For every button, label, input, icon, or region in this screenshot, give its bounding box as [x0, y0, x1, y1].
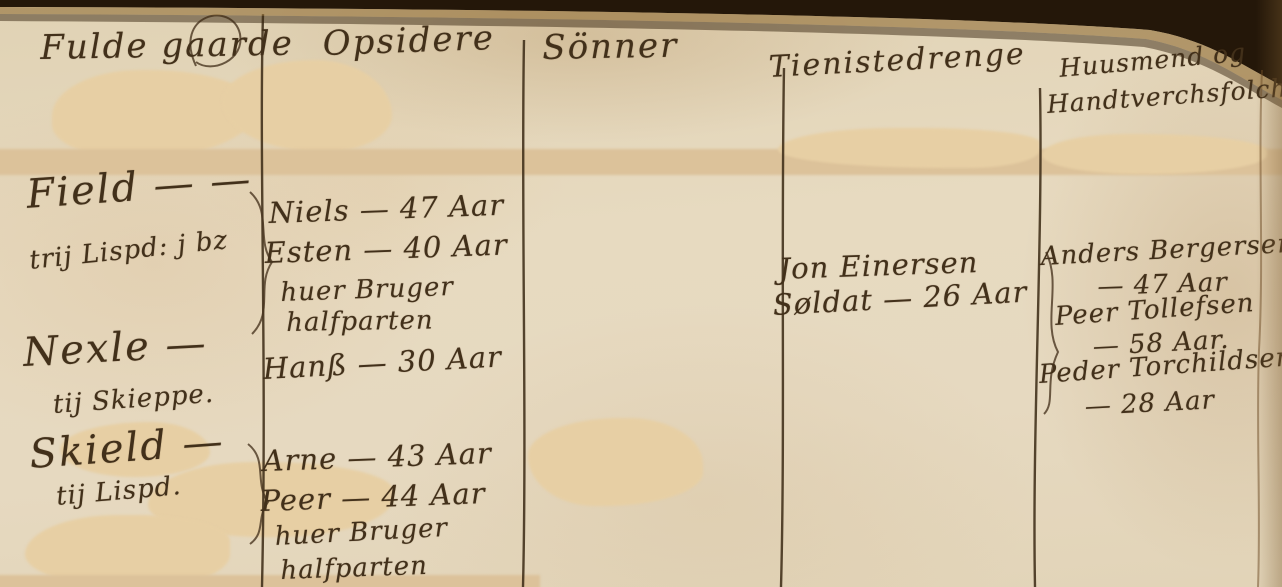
right-page-edge — [1256, 0, 1282, 587]
brace-col5 — [1044, 252, 1058, 414]
column-rule-4 — [1034, 88, 1040, 587]
farm-name-row2: Nexle — — [22, 320, 209, 376]
header-sonner: Sönner — [542, 26, 679, 68]
opsidere-row3-line4: halfparten — [280, 551, 428, 586]
opsidere-row1-line3: huer Bruger — [280, 272, 454, 308]
manuscript-page: Fulde gaarde Opsidere Sönner Tienistedre… — [0, 0, 1282, 587]
column-rule-2 — [523, 40, 524, 587]
opsidere-row1-line4: halfparten — [286, 305, 434, 338]
header-fulde-gaarde: Fulde gaarde — [40, 24, 294, 68]
header-opsidere: Opsidere — [322, 18, 496, 64]
column-rule-3 — [781, 68, 784, 587]
